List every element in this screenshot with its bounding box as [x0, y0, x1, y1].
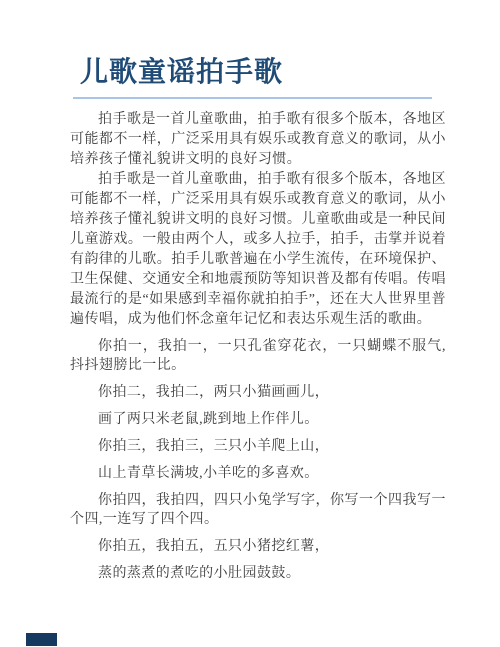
verse-line: 你拍五，我拍五，五只小猪挖红薯， [70, 537, 446, 556]
title-divider [73, 97, 432, 99]
page-footer-marker [26, 633, 57, 646]
article-body: 拍手歌是一首儿童歌曲，拍手歌有很多个版本，各地区可能都不一样，广泛采用具有娱乐或… [70, 110, 446, 583]
document-page: 儿歌童谣拍手歌 拍手歌是一首儿童歌曲，拍手歌有很多个版本，各地区可能都不一样，广… [0, 0, 500, 647]
verse-line: 你拍三，我拍三，三只小羊爬上山， [70, 437, 446, 456]
description-paragraph: 拍手歌是一首儿童歌曲，拍手歌有很多个版本，各地区可能都不一样，广泛采用具有娱乐或… [70, 170, 446, 330]
verse-line: 画了两只米老鼠,跳到地上作伴儿。 [70, 410, 446, 429]
verse-line: 蒸的蒸煮的煮吃的小肚园鼓鼓。 [70, 564, 446, 583]
verse-line: 你拍二，我拍二，两只小猫画画儿， [70, 383, 446, 402]
verse-line: 你拍一，我拍一，一只孔雀穿花衣，一只蝴蝶不服气,抖抖翅膀比一比。 [70, 337, 446, 375]
page-title: 儿歌童谣拍手歌 [80, 54, 446, 90]
verse-line: 山上青草长满坡,小羊吃的多喜欢。 [70, 464, 446, 483]
intro-paragraph: 拍手歌是一首儿童歌曲，拍手歌有很多个版本，各地区可能都不一样，广泛采用具有娱乐或… [70, 110, 446, 170]
verse-section: 你拍一，我拍一，一只孔雀穿花衣，一只蝴蝶不服气,抖抖翅膀比一比。 你拍二，我拍二… [70, 337, 446, 583]
verse-line: 你拍四，我拍四，四只小兔学写字，你写一个四我写一个四,一连写了四个四。 [70, 491, 446, 529]
